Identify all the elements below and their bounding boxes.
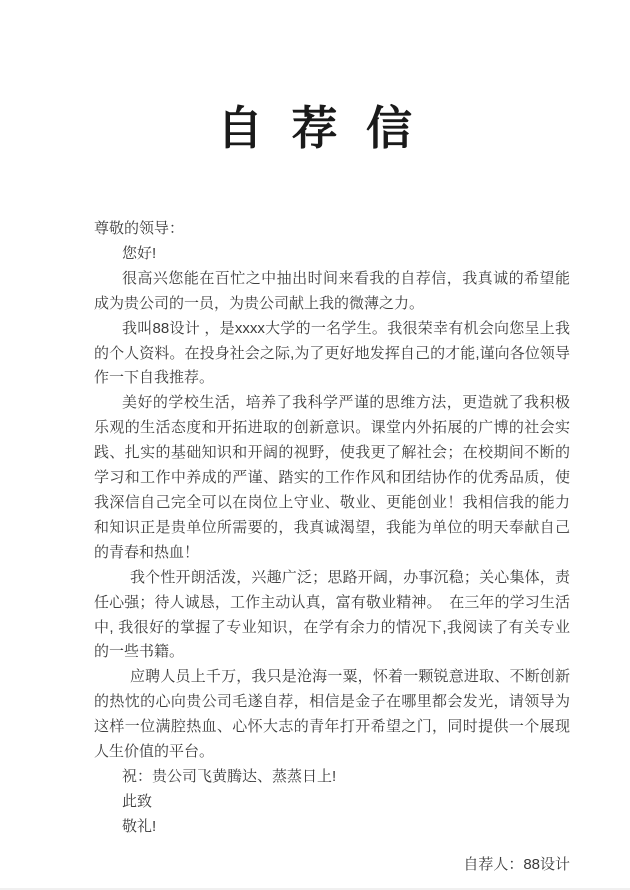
letter-paragraph-opening: 很高兴您能在百忙之中抽出时间来看我的自荐信，我真诚的希望能成为贵公司的一员，为贵… xyxy=(94,267,570,317)
letter-paragraph-application: 应聘人员上千万，我只是沧海一粟，怀着一颗锐意进取、不断创新的热忱的心向贵公司毛遂… xyxy=(94,665,570,765)
letter-paragraph-closing-salute: 敬礼! xyxy=(94,815,570,840)
signature-line: 自荐人：88设计 xyxy=(94,853,570,878)
letter-paragraph-wish: 祝：贵公司飞黄腾达、蒸蒸日上! xyxy=(94,765,570,790)
letter-page: 自 荐 信 尊敬的领导： 您好!很高兴您能在百忙之中抽出时间来看我的自荐信，我真… xyxy=(0,0,630,890)
letter-title: 自 荐 信 xyxy=(0,102,630,154)
letter-paragraph-greeting: 您好! xyxy=(94,242,570,267)
letter-body: 尊敬的领导： 您好!很高兴您能在百忙之中抽出时间来看我的自荐信，我真诚的希望能成… xyxy=(94,217,570,878)
letter-paragraphs: 您好!很高兴您能在百忙之中抽出时间来看我的自荐信，我真诚的希望能成为贵公司的一员… xyxy=(94,242,570,840)
salutation: 尊敬的领导： xyxy=(94,217,570,242)
letter-paragraph-self-introduction: 我叫88设计 ，是xxxx大学的一名学生。我很荣幸有机会向您呈上我的个人资料。在… xyxy=(94,317,570,392)
letter-paragraph-school-life: 美好的学校生活，培养了我科学严谨的思维方法，更造就了我积极乐观的生活态度和开拓进… xyxy=(94,391,570,565)
letter-paragraph-personality: 我个性开朗活泼，兴趣广泛；思路开阔，办事沉稳；关心集体，责任心强；待人诚恳，工作… xyxy=(94,566,570,666)
letter-paragraph-closing-cizhi: 此致 xyxy=(94,790,570,815)
